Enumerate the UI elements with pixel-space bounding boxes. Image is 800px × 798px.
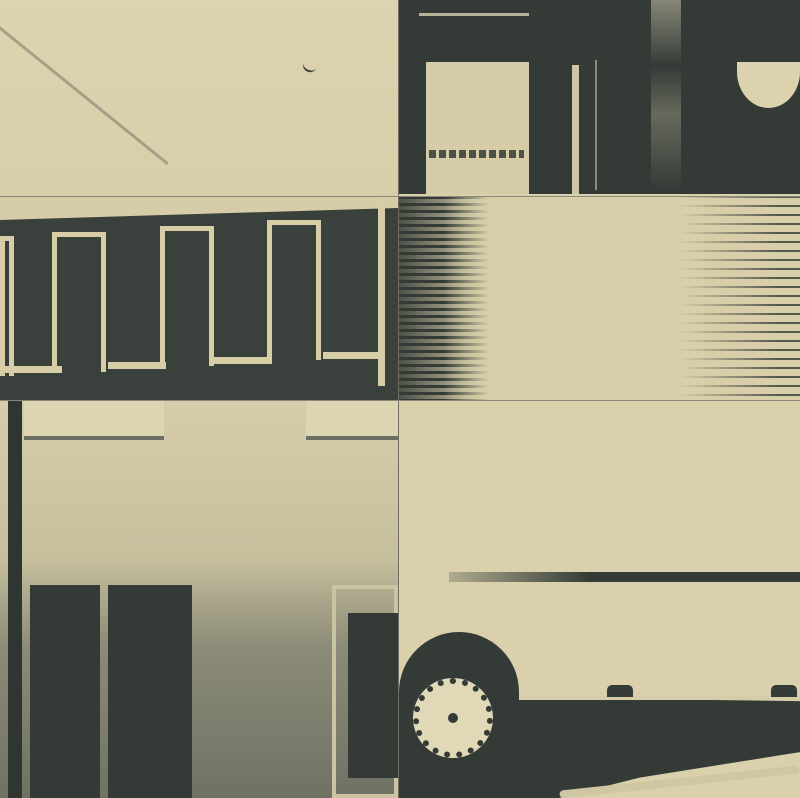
panel-water xyxy=(399,196,800,400)
drainpipe xyxy=(8,400,22,798)
window-sill xyxy=(108,362,166,369)
photo-collage xyxy=(0,0,800,798)
ripples-left xyxy=(399,196,489,400)
panel-facade xyxy=(0,196,398,400)
panel-interior xyxy=(399,0,800,194)
window-ledge xyxy=(24,400,164,440)
road-stripe xyxy=(449,572,800,582)
panel-seam xyxy=(398,0,399,798)
downpipe xyxy=(378,196,385,386)
facade-window xyxy=(267,220,321,360)
panel-seam xyxy=(0,196,800,197)
car-trim xyxy=(519,696,800,700)
bird xyxy=(301,62,317,74)
facade-window xyxy=(160,226,214,366)
panel-sky xyxy=(0,0,398,196)
wire xyxy=(0,18,169,165)
door-right xyxy=(348,613,398,778)
facade-window xyxy=(52,232,106,372)
pillar-edge xyxy=(595,60,597,190)
cornice xyxy=(0,196,398,226)
panel-seam xyxy=(0,400,800,401)
shelf-edge xyxy=(419,13,529,16)
window-sill xyxy=(323,352,383,359)
wheel-hub xyxy=(448,713,458,723)
window-sill xyxy=(214,357,272,364)
facade-window xyxy=(0,236,14,376)
door-handle xyxy=(607,685,633,697)
ripples-right xyxy=(650,196,800,400)
window-ledge xyxy=(306,400,398,440)
door-handle xyxy=(771,685,797,697)
panel-car xyxy=(399,400,800,798)
hanging-lamp xyxy=(737,62,800,108)
window-lettering xyxy=(429,150,524,158)
pillar-highlight xyxy=(572,65,579,194)
door-left xyxy=(30,585,100,798)
door-center xyxy=(108,585,192,798)
window-sill xyxy=(4,366,62,373)
bright-window xyxy=(426,62,529,194)
light-glow xyxy=(651,0,681,190)
panel-wall xyxy=(0,400,398,798)
